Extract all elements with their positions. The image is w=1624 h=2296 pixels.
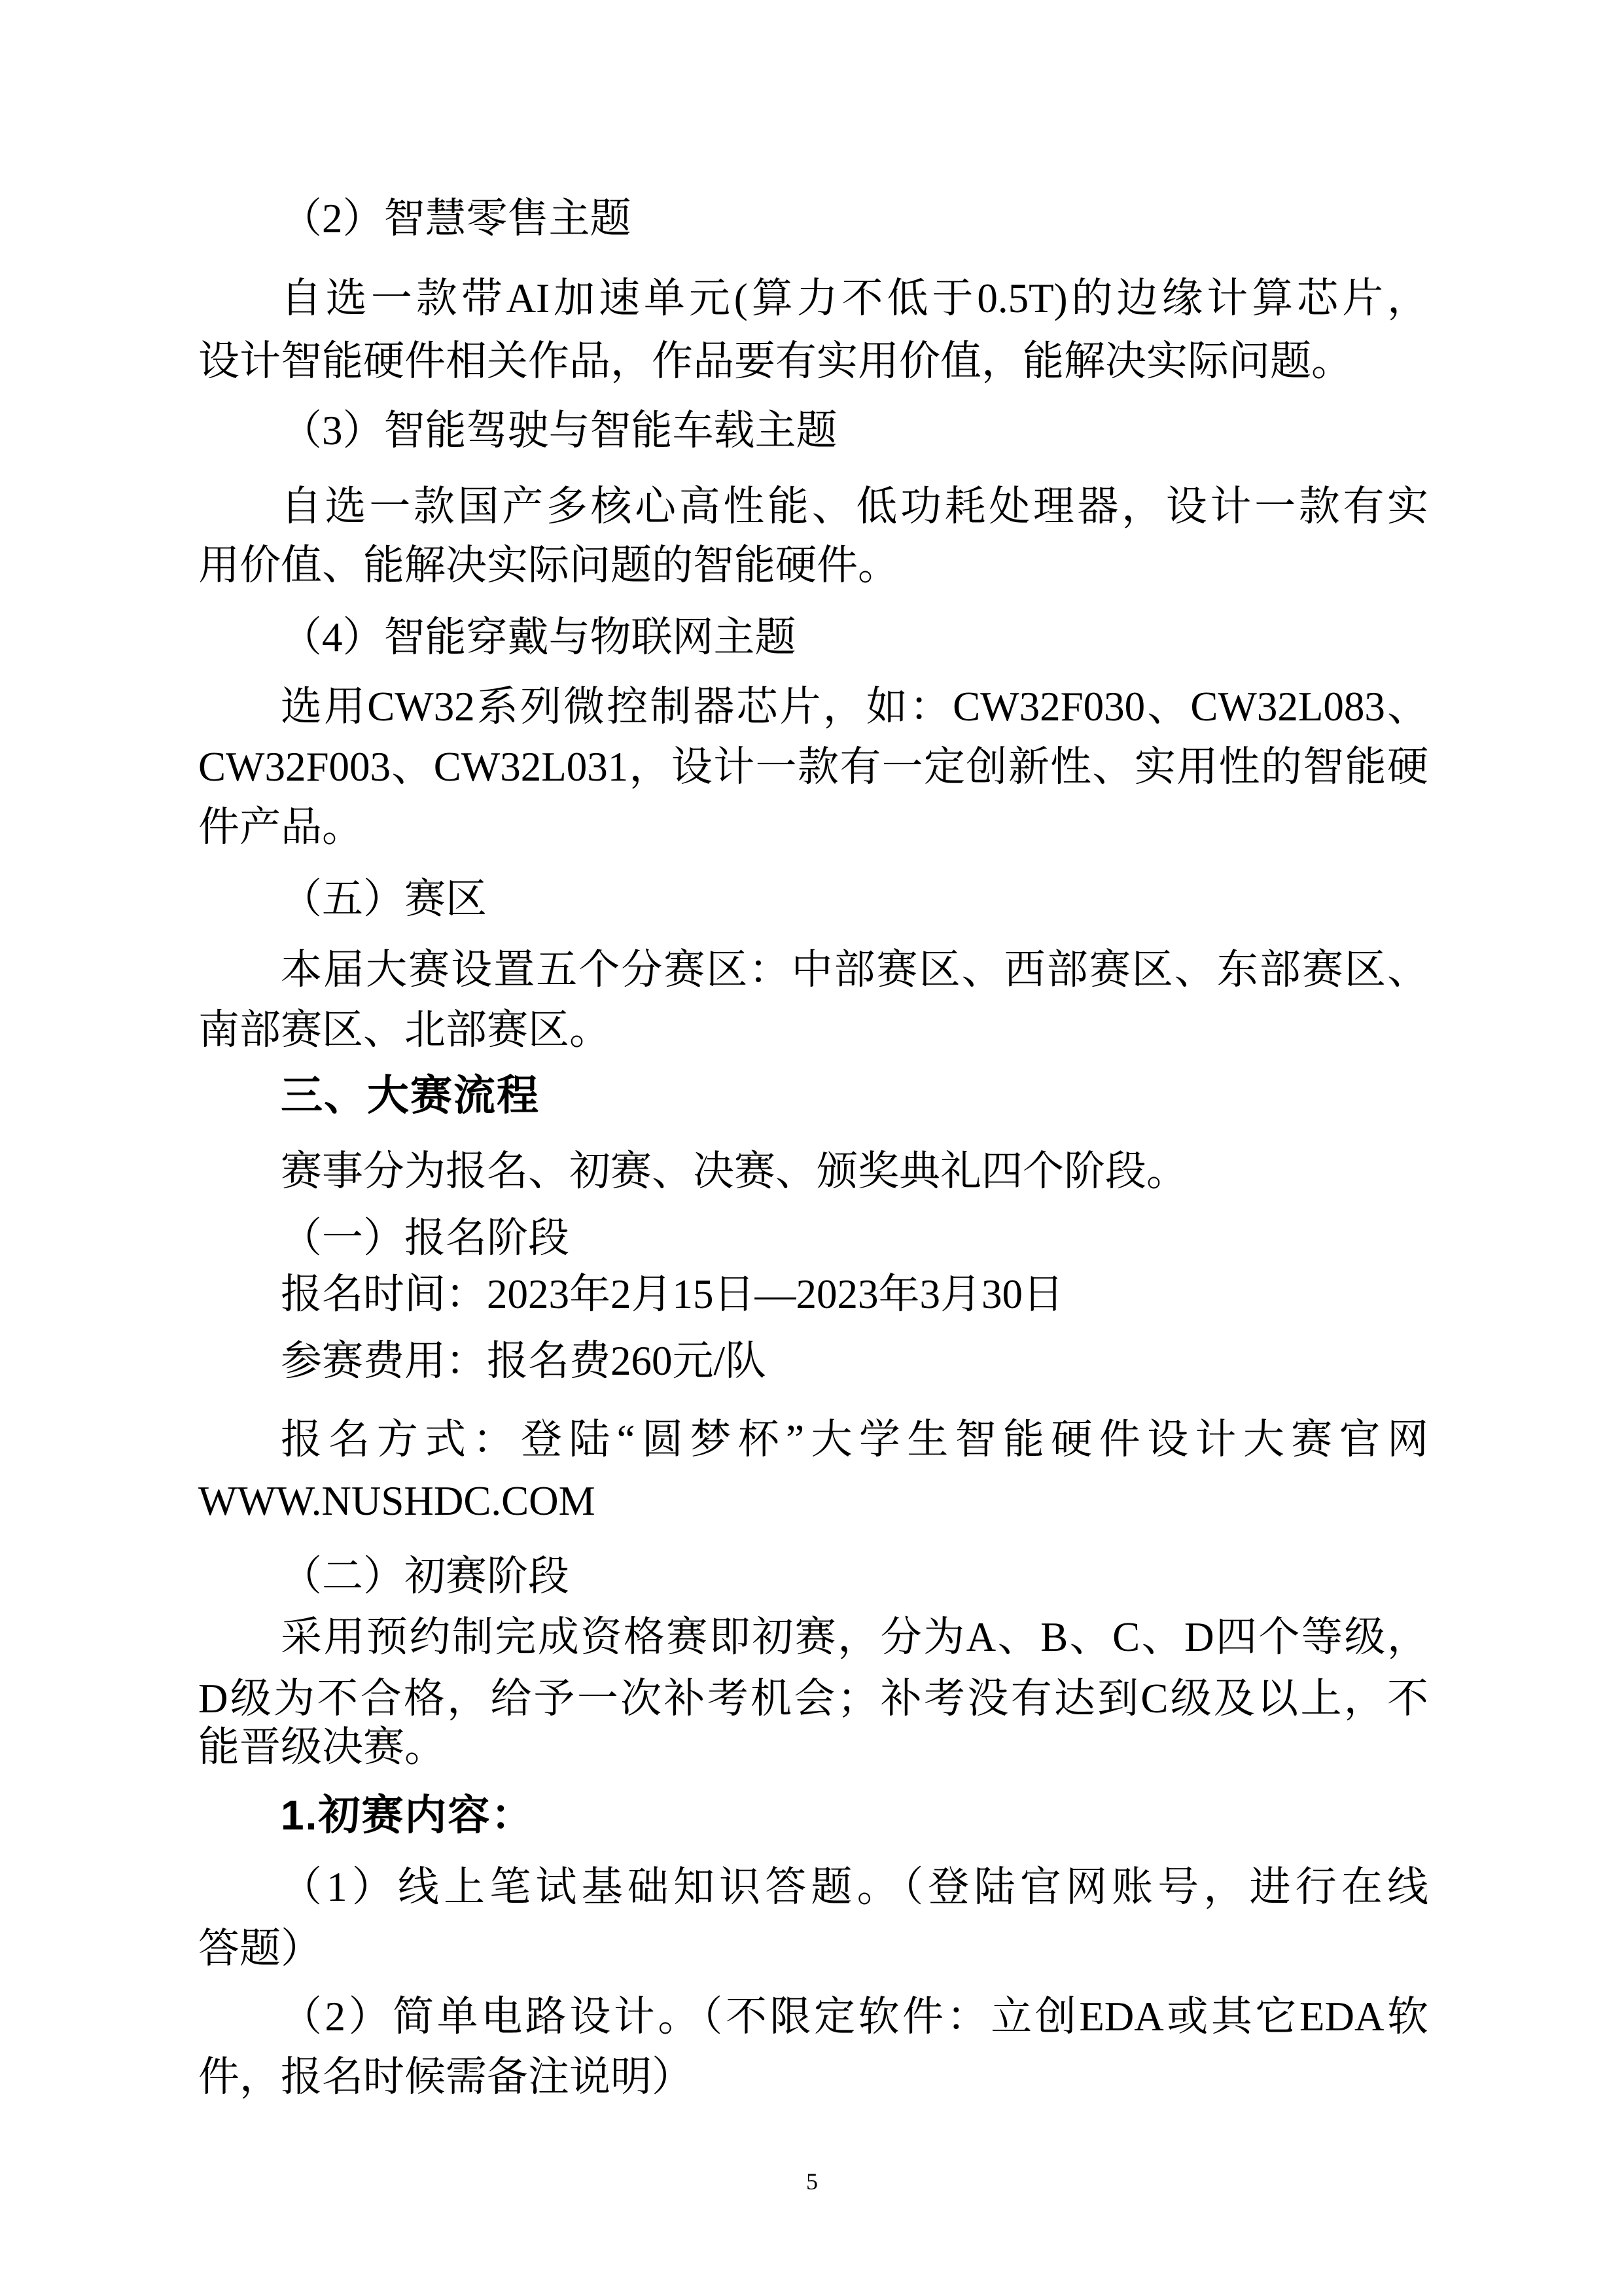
body-line: 选用CW32系列微控制器芯片，如：CW32F030、CW32L083、: [198, 684, 1428, 729]
body-line: 件，报名时候需备注说明）: [198, 2055, 1428, 2099]
topic-3-heading: （3）智能驾驶与智能车载主题: [198, 408, 1428, 453]
registration-time-line: 报名时间：2023年2月15日—2023年3月30日: [198, 1272, 1428, 1316]
body-line: 南部赛区、北部赛区。: [198, 1008, 1428, 1052]
body-line: 答题）: [198, 1926, 1428, 1971]
body-line: 采用预约制完成资格赛即初赛，分为A、B、C、D四个等级，: [198, 1615, 1428, 1659]
body-line: 用价值、能解决实际问题的智能硬件。: [198, 543, 1428, 588]
subsection-1-registration-heading: （一）报名阶段: [198, 1216, 1428, 1260]
body-line: 件产品。: [198, 805, 1428, 849]
registration-fee-line: 参赛费用：报名费260元/队: [198, 1339, 1428, 1383]
subsection-5-zone-heading: （五）赛区: [198, 877, 1428, 921]
body-line: CW32F003、CW32L031，设计一款有一定创新性、实用性的智能硬: [198, 745, 1428, 789]
document-page: （2）智慧零售主题 自选一款带AI加速单元(算力不低于0.5T)的边缘计算芯片，…: [0, 0, 1624, 2296]
page-number: 5: [0, 2168, 1624, 2195]
body-line: D级为不合格，给予一次补考机会；补考没有达到C级及以上，不: [198, 1676, 1428, 1721]
subsection-2-preliminary-heading: （二）初赛阶段: [198, 1554, 1428, 1598]
body-line: 自选一款国产多核心高性能、低功耗处理器，设计一款有实: [198, 484, 1428, 529]
body-line: 自选一款带AI加速单元(算力不低于0.5T)的边缘计算芯片，: [198, 276, 1428, 321]
item-1-preliminary-content-heading: 1.初赛内容：: [198, 1793, 1428, 1837]
body-line: （2）简单电路设计。（不限定软件：立创EDA或其它EDA软: [198, 1994, 1428, 2039]
website-url: WWW.NUSHDC.COM: [198, 1479, 1428, 1523]
body-line: （1）线上笔试基础知识答题。（登陆官网账号，进行在线: [198, 1865, 1428, 1909]
section-3-heading: 三、大赛流程: [198, 1073, 1428, 1118]
topic-4-heading: （4）智能穿戴与物联网主题: [198, 615, 1428, 660]
body-line: 赛事分为报名、初赛、决赛、颁奖典礼四个阶段。: [198, 1149, 1428, 1193]
body-line: 本届大赛设置五个分赛区：中部赛区、西部赛区、东部赛区、: [198, 947, 1428, 992]
body-line: 能晋级决赛。: [198, 1725, 1428, 1769]
registration-method-line: 报名方式：登陆“圆梦杯”大学生智能硬件设计大赛官网: [198, 1417, 1428, 1462]
topic-2-heading: （2）智慧零售主题: [198, 196, 1428, 241]
body-line: 设计智能硬件相关作品，作品要有实用价值，能解决实际问题。: [198, 339, 1428, 383]
